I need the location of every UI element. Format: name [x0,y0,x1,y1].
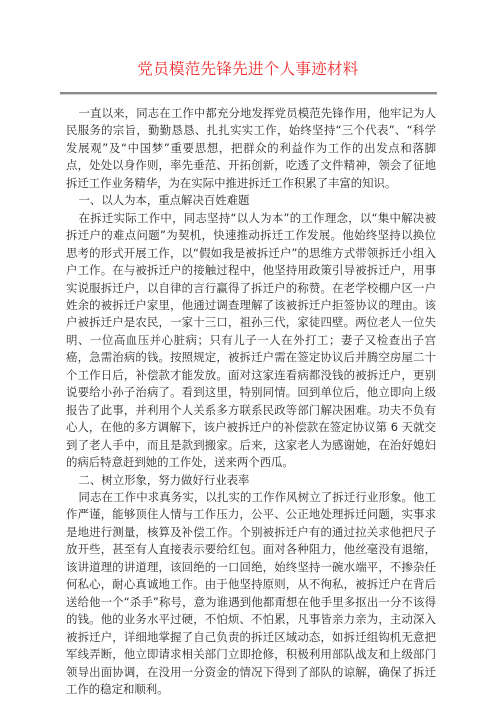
paragraph-section-1: 在拆迁实际工作中，同志坚持“以人为本”的工作理念，以“集中解决被拆迁户的难点问题… [66,210,436,472]
section-heading-1: 一、以人为本，重点解决百姓难题 [66,192,436,209]
section-heading-2: 二、树立形象，努力做好行业表率 [66,472,436,489]
paragraph-intro: 一直以来，同志在工作中都充分地发挥党员模范先锋作用，他牢记为人民服务的宗旨，勤勤… [66,105,436,192]
document-title: 党员模范先锋先进个人事迹材料 [0,59,496,79]
document-page: 党员模范先锋先进个人事迹材料 一直以来，同志在工作中都充分地发挥党员模范先锋作用… [0,0,496,702]
paragraph-section-2: 同志在工作中求真务实，以扎实的工作作风树立了拆迁行业形象。他工作严谨，能够顶住人… [66,489,436,698]
title-divider [60,92,437,95]
document-body: 一直以来，同志在工作中都充分地发挥党员模范先锋作用，他牢记为人民服务的宗旨，勤勤… [66,105,436,698]
